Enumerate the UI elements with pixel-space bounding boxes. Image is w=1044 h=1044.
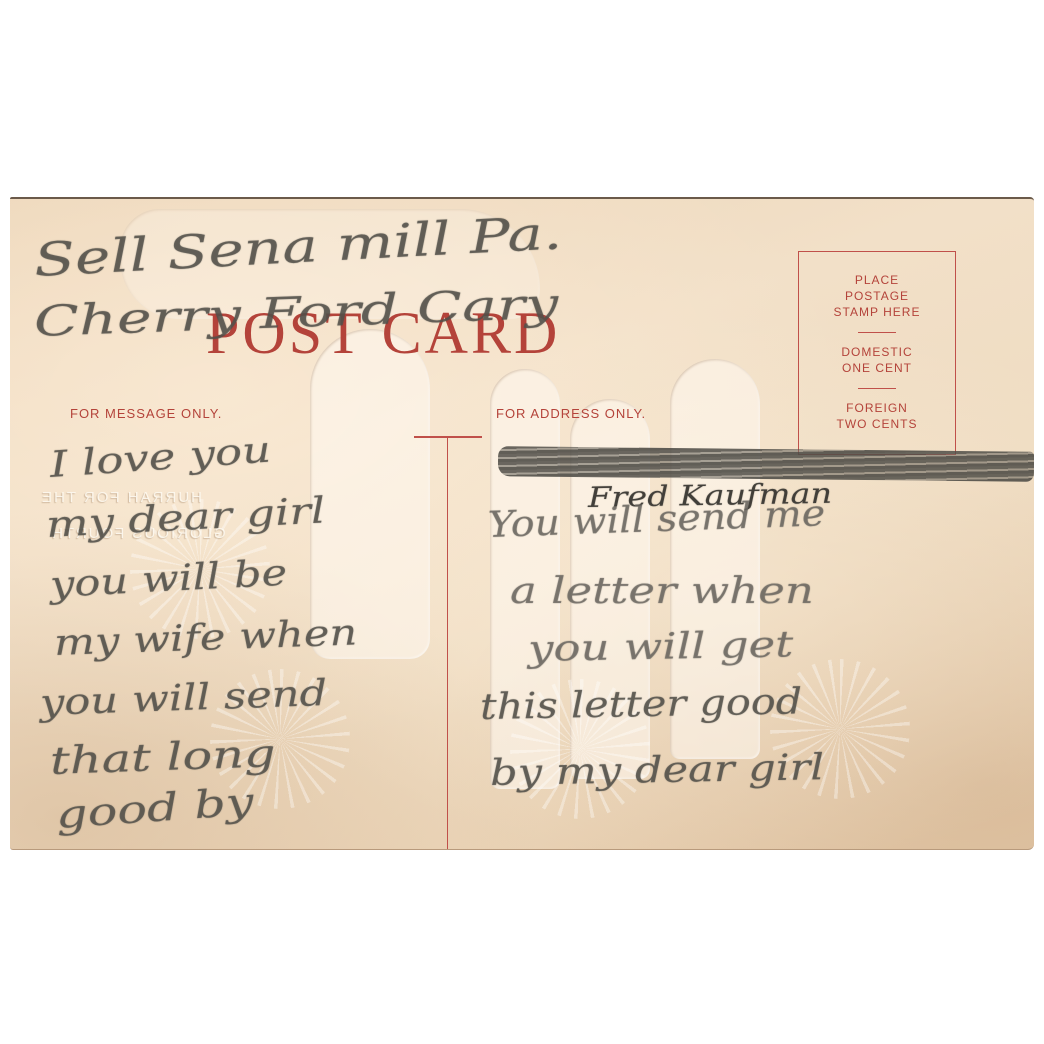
address-line: you will get: [528, 624, 794, 670]
stamp-box: PLACE POSTAGE STAMP HERE DOMESTIC ONE CE…: [798, 251, 956, 455]
message-line: good by: [54, 779, 255, 837]
stamp-foreign-1: FOREIGN: [799, 400, 955, 416]
stamp-line-2: POSTAGE: [799, 288, 955, 304]
crossed-out-address: [498, 446, 1034, 482]
stamp-line-1: PLACE: [799, 272, 955, 288]
stamp-domestic-1: DOMESTIC: [799, 344, 955, 360]
address-line: this letter good: [480, 681, 803, 728]
embossed-figure-girl: [310, 329, 430, 659]
message-line: I love you: [49, 430, 273, 486]
postcard: HURRAH FOR THE GLORIOUS FOURTH POST CARD…: [10, 197, 1034, 850]
message-label: FOR MESSAGE ONLY.: [70, 406, 222, 421]
message-line: that long: [49, 731, 276, 783]
divider-horizontal: [414, 436, 482, 438]
stamp-separator-1: [858, 332, 896, 333]
stamp-line-3: STAMP HERE: [799, 304, 955, 320]
address-label: FOR ADDRESS ONLY.: [496, 406, 646, 421]
divider-vertical: [447, 437, 448, 849]
address-line: by my dear girl: [490, 747, 825, 794]
message-line: my wife when: [53, 612, 358, 664]
stamp-domestic-2: ONE CENT: [799, 360, 955, 376]
address-line: a letter when: [510, 571, 814, 612]
stamp-foreign-2: TWO CENTS: [799, 416, 955, 432]
stamp-separator-2: [858, 388, 896, 389]
